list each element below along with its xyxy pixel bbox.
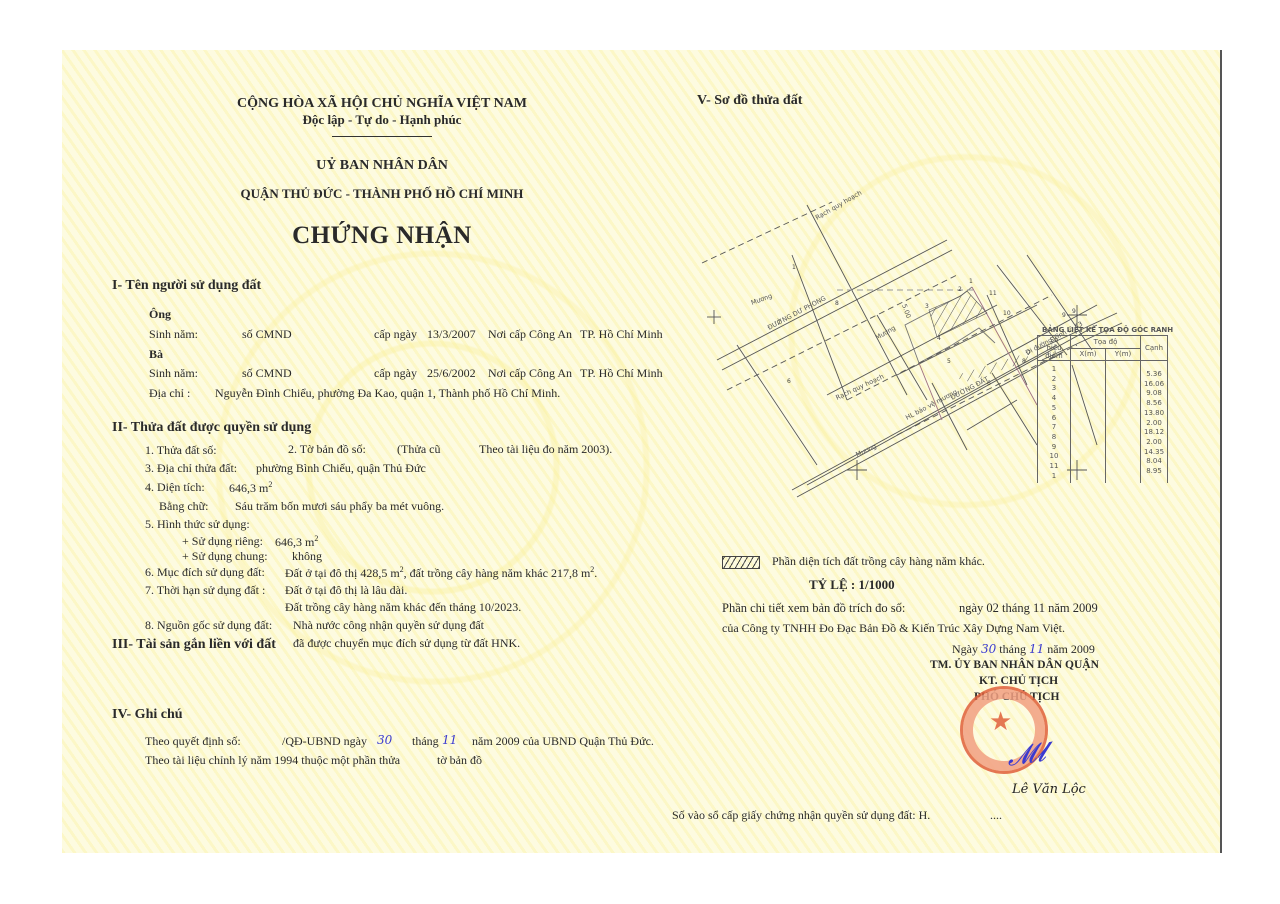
motto: Độc lập - Tự do - Hạnh phúc [192, 112, 572, 128]
owner1-issued-date: 13/3/2007 [427, 327, 476, 342]
edge-length: 18.12 [1144, 428, 1164, 438]
edge-length: 8.95 [1144, 467, 1164, 477]
registry-value: .... [990, 808, 1002, 823]
edge-length: 5.36 [1144, 370, 1164, 380]
hatch-legend-text: Phần diện tích đất trồng cây hàng năm kh… [772, 554, 985, 569]
signature-mark: 𝓜𝓵 [1005, 737, 1048, 773]
coord-table-title: BẢNG LIỆT KÊ TỌA ĐỘ GÓC RANH [1042, 326, 1173, 334]
old-parcel: (Thửa cũ [397, 442, 440, 457]
note-decision-day: 30 [377, 733, 392, 747]
col-y: Y(m) [1106, 348, 1141, 361]
svg-text:4: 4 [937, 335, 941, 342]
private-use-label: + Sử dụng riêng: [182, 534, 263, 549]
col-x: X(m) [1071, 348, 1106, 361]
section-3-heading: III- Tài sản gắn liền với đất [112, 637, 276, 653]
authority: UỶ BAN NHÂN DÂN [192, 158, 572, 174]
section-1-heading: I- Tên người sử dụng đất [112, 278, 261, 294]
col-point: Số hiệu điểm [1038, 336, 1071, 361]
note-decision-number: /QĐ-UBND ngày [282, 734, 367, 749]
svg-text:6: 6 [987, 380, 991, 387]
svg-text:8: 8 [835, 300, 839, 307]
survey-reference: Theo tài liệu đo năm 2003). [479, 442, 612, 457]
note-decision-month: 11 [442, 733, 457, 747]
sign-on-behalf: KT. CHỦ TỊCH [979, 675, 1058, 687]
point-number: 3 [1041, 384, 1067, 394]
parcel-address: phường Bình Chiểu, quận Thủ Đức [256, 461, 426, 476]
sign-date: Ngày 30 tháng 11 năm 2009 [952, 642, 1095, 657]
svg-text:8: 8 [1022, 358, 1026, 365]
area-words: Sáu trăm bốn mươi sáu phẩy ba mét vuông. [235, 499, 444, 514]
point-number: 10 [1041, 452, 1067, 462]
section-4-heading: IV- Ghi chú [112, 707, 183, 723]
edge-length: 8.56 [1144, 399, 1164, 409]
owner2-issued-date: 25/6/2002 [427, 366, 476, 381]
section-5-heading: V- Sơ đồ thửa đất [697, 93, 802, 109]
point-number: 6 [1041, 414, 1067, 424]
svg-text:7: 7 [777, 320, 781, 327]
owner1-id-label: số CMND [242, 327, 292, 342]
owner2-birth-label: Sinh năm: [149, 366, 198, 381]
private-use-value: 646,3 m2 [275, 534, 318, 550]
point-number: 2 [1041, 375, 1067, 385]
certificate-page: CỘNG HÒA XÃ HỘI CHỦ NGHĨA VIỆT NAM Độc l… [62, 50, 1222, 853]
purpose-value: Đất ở tại đô thị 428,5 m2, đất trồng cây… [285, 565, 597, 581]
point-list: 12345678910111 [1038, 361, 1071, 484]
svg-text:Rạch quy hoạch: Rạch quy hoạch [814, 189, 863, 222]
origin-label: 8. Nguồn gốc sử dụng đất: [145, 618, 272, 633]
edge-length: 8.04 [1144, 457, 1164, 467]
survey-company: của Công ty TNHH Đo Đạc Bản Đồ & Kiến Tr… [722, 621, 1065, 636]
hatch-legend-swatch [722, 556, 760, 569]
svg-text:5: 5 [947, 358, 951, 365]
area-words-label: Bằng chữ: [159, 499, 209, 514]
area-label: 4. Diện tích: [145, 480, 205, 495]
term-label: 7. Thời hạn sử dụng đất : [145, 583, 265, 598]
col-edge: Cạnh [1141, 336, 1168, 361]
purpose-label: 6. Mục đích sử dụng đất: [145, 565, 265, 580]
point-number: 1 [1041, 365, 1067, 375]
svg-text:Mương: Mương [874, 324, 897, 342]
map-scale: TỶ LỆ : 1/1000 [809, 577, 895, 593]
edge-length: 13.80 [1144, 409, 1164, 419]
point-number: 11 [1041, 462, 1067, 472]
edge-list: 5.3616.069.088.5613.802.0018.122.0014.35… [1141, 361, 1168, 484]
svg-text:9: 9 [1062, 312, 1066, 319]
point-number: 1 [1041, 472, 1067, 482]
svg-text:Mương: Mương [750, 292, 773, 307]
origin-line-2: đã được chuyển mục đích sử dụng từ đất H… [293, 636, 520, 651]
owner2-id-label: số CMND [242, 366, 292, 381]
svg-text:10: 10 [1003, 310, 1011, 317]
header-divider [332, 136, 432, 137]
parcel-number-label: 1. Thửa đất số: [145, 443, 217, 458]
point-number: 4 [1041, 394, 1067, 404]
sign-org: TM. ỦY BAN NHÂN DÂN QUẬN [930, 659, 1099, 671]
col-coords: Tọa độ [1071, 336, 1141, 349]
owner1-issued-label: cấp ngày [374, 327, 417, 342]
note-decision-label: Theo quyết định số: [145, 734, 241, 749]
registry-label: Số vào sổ cấp giấy chứng nhận quyền sử d… [672, 808, 930, 823]
common-use-label: + Sử dụng chung: [182, 549, 268, 564]
owner-address: Nguyễn Đình Chiểu, phường Đa Kao, quận 1… [215, 386, 560, 401]
document-title: CHỨNG NHẬN [192, 222, 572, 250]
detail-map-date: ngày 02 tháng 11 năm 2009 [959, 601, 1098, 616]
point-number: 8 [1041, 433, 1067, 443]
note-revision: Theo tài liệu chỉnh lý năm 1994 thuộc mộ… [145, 753, 400, 768]
svg-text:3: 3 [925, 303, 929, 310]
note-month-label: tháng [412, 734, 439, 749]
edge-length: 14.35 [1144, 448, 1164, 458]
section-2-heading: II- Thửa đất được quyền sử dụng [112, 420, 311, 436]
term-crop: Đất trồng cây hàng năm khác đến tháng 10… [285, 600, 521, 615]
svg-text:1: 1 [969, 278, 973, 285]
nation-title: CỘNG HÒA XÃ HỘI CHỦ NGHĨA VIỆT NAM [192, 96, 572, 112]
svg-text:Mương: Mương [854, 442, 877, 459]
svg-text:11: 11 [989, 290, 997, 297]
signer-name: Lê Văn Lộc [1012, 782, 1086, 797]
edge-length: 16.06 [1144, 380, 1164, 390]
edge-length: 2.00 [1144, 419, 1164, 429]
star-icon: ★ [989, 707, 1012, 737]
note-decision-year: năm 2009 của UBND Quận Thủ Đức. [472, 734, 654, 749]
parcel-address-label: 3. Địa chỉ thửa đất: [145, 461, 237, 476]
usage-form-label: 5. Hình thức sử dụng: [145, 517, 250, 532]
owner1-birth-label: Sinh năm: [149, 327, 198, 342]
owner2-issuer-label: Nơi cấp Công An [488, 366, 572, 381]
svg-text:2: 2 [958, 286, 962, 293]
district: QUẬN THỦ ĐỨC - THÀNH PHỐ HỒ CHÍ MINH [162, 186, 602, 202]
note-map-sheet: tờ bản đồ [437, 753, 482, 768]
edge-length: 2.00 [1144, 438, 1164, 448]
point-number: 7 [1041, 423, 1067, 433]
map-sheet-label: 2. Tờ bản đồ số: [288, 442, 366, 457]
term-residential: Đất ở tại đô thị là lâu dài. [285, 583, 407, 598]
svg-text:9: 9 [1072, 308, 1076, 315]
owner-address-label: Địa chỉ : [149, 386, 190, 401]
owner2-issuer: TP. Hồ Chí Minh [580, 366, 663, 381]
owner2-issued-label: cấp ngày [374, 366, 417, 381]
point-number: 9 [1041, 443, 1067, 453]
common-use-value: không [292, 549, 322, 564]
coord-table: Số hiệu điểm Tọa độ Cạnh X(m) Y(m) 12345… [1037, 335, 1168, 483]
svg-text:1: 1 [792, 264, 796, 271]
svg-text:7: 7 [1027, 350, 1031, 357]
owner2-salutation: Bà [149, 347, 163, 362]
owner1-issuer: TP. Hồ Chí Minh [580, 327, 663, 342]
point-number: 5 [1041, 404, 1067, 414]
edge-length: 9.08 [1144, 389, 1164, 399]
svg-text:ĐƯỜNG DƯ PHONG: ĐƯỜNG DƯ PHONG [766, 293, 828, 331]
detail-map-ref: Phần chi tiết xem bản đồ trích đo số: [722, 601, 905, 616]
owner1-salutation: Ông [149, 307, 171, 322]
svg-text:5.00: 5.00 [900, 303, 912, 319]
origin-line-1: Nhà nước công nhận quyền sử dụng đất [293, 618, 484, 633]
area-value: 646,3 m2 [229, 480, 272, 496]
owner1-issuer-label: Nơi cấp Công An [488, 327, 572, 342]
svg-text:6: 6 [787, 378, 791, 385]
